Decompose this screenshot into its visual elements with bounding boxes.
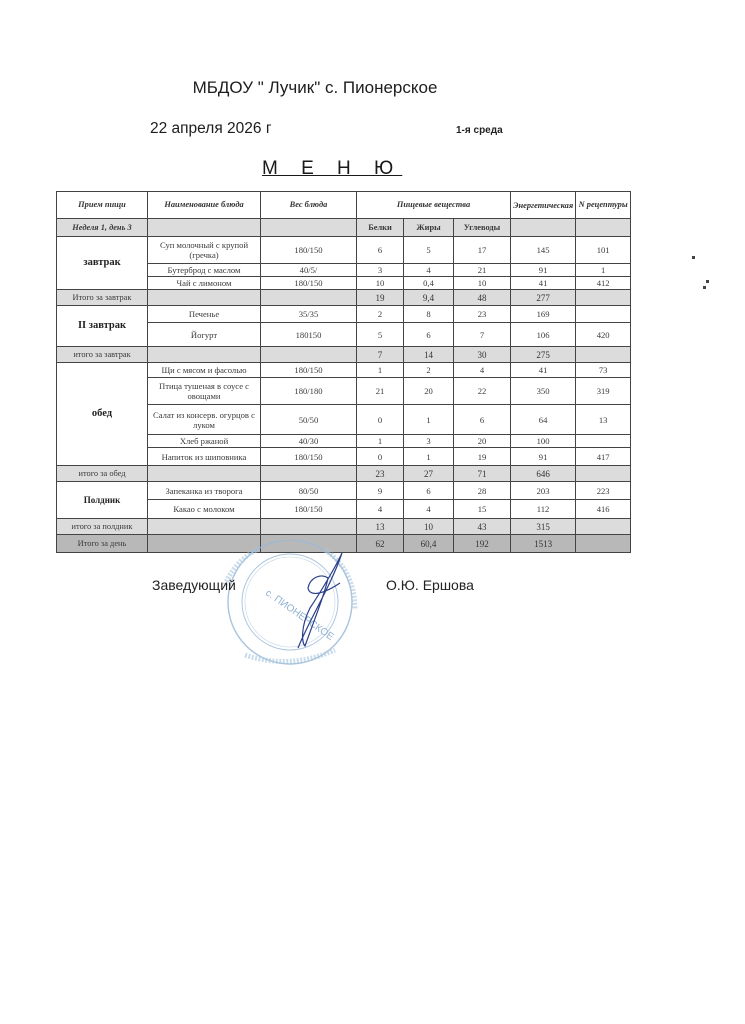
day-total-carbs: 192 [454, 535, 511, 553]
subtotal-proteins: 7 [357, 347, 404, 363]
scan-artifact [703, 286, 706, 289]
table-row: Полдник Запеканка из творога 80/50 9 6 2… [57, 482, 631, 500]
table-row: завтрак Суп молочный с крупой (гречка) 1… [57, 237, 631, 264]
dish-proteins: 3 [357, 264, 404, 277]
page-title: М Е Н Ю [262, 158, 402, 180]
organization-title: МБДОУ " Лучик" с. Пионерское [0, 78, 625, 98]
week-label: 1-я среда [456, 125, 503, 136]
subtotal-label: итого за обед [57, 466, 148, 482]
day-total-fats: 60,4 [404, 535, 454, 553]
dish-fats: 0,4 [404, 277, 454, 290]
subtotal-proteins: 13 [357, 519, 404, 535]
dish-name: Йогурт [148, 323, 261, 347]
dish-recipe: 416 [576, 500, 631, 519]
column-header-meal: Прием пищи [57, 192, 148, 219]
dish-fats: 6 [404, 323, 454, 347]
meal-label-lunch: обед [57, 363, 148, 466]
dish-recipe: 417 [576, 448, 631, 466]
dish-name: Суп молочный с крупой (гречка) [148, 237, 261, 264]
dish-weight: 180/150 [261, 237, 357, 264]
dish-weight: 180/150 [261, 363, 357, 378]
column-header-recipe: N рецептуры [576, 192, 631, 219]
column-header-fats: Жиры [404, 219, 454, 237]
dish-proteins: 1 [357, 363, 404, 378]
dish-name: Напиток из шиповника [148, 448, 261, 466]
dish-energy: 91 [511, 264, 576, 277]
dish-proteins: 4 [357, 500, 404, 519]
dish-recipe: 420 [576, 323, 631, 347]
subtotal-row: итого за обед 23 27 71 646 [57, 466, 631, 482]
dish-carbs: 23 [454, 306, 511, 323]
subtotal-energy: 275 [511, 347, 576, 363]
dish-energy: 64 [511, 405, 576, 435]
meal-label-breakfast: завтрак [57, 237, 148, 290]
subtotal-energy: 315 [511, 519, 576, 535]
dish-proteins: 9 [357, 482, 404, 500]
day-total-energy: 1513 [511, 535, 576, 553]
dish-proteins: 21 [357, 378, 404, 405]
dish-weight: 35/35 [261, 306, 357, 323]
dish-energy: 203 [511, 482, 576, 500]
dish-fats: 4 [404, 500, 454, 519]
menu-date: 22 апреля 2026 г [150, 120, 271, 138]
column-header-energy: Энергетическая [511, 192, 576, 219]
subtotal-carbs: 71 [454, 466, 511, 482]
column-header-proteins: Белки [357, 219, 404, 237]
dish-carbs: 19 [454, 448, 511, 466]
subtotal-carbs: 30 [454, 347, 511, 363]
subtotal-carbs: 48 [454, 290, 511, 306]
dish-recipe: 1 [576, 264, 631, 277]
table-header-row: Прием пищи Наименование блюда Вес блюда … [57, 192, 631, 219]
dish-weight: 50/50 [261, 405, 357, 435]
subtotal-energy: 646 [511, 466, 576, 482]
column-header-nutrients: Пищевые вещества [357, 192, 511, 219]
signature-icon [280, 548, 360, 653]
dish-name: Щи с мясом и фасолью [148, 363, 261, 378]
dish-carbs: 28 [454, 482, 511, 500]
dish-carbs: 7 [454, 323, 511, 347]
dish-carbs: 6 [454, 405, 511, 435]
dish-fats: 3 [404, 435, 454, 448]
subtotal-carbs: 43 [454, 519, 511, 535]
dish-carbs: 10 [454, 277, 511, 290]
subtotal-row: итого за завтрак 7 14 30 275 [57, 347, 631, 363]
dish-fats: 5 [404, 237, 454, 264]
table-row: II завтрак Печенье 35/35 2 8 23 169 [57, 306, 631, 323]
scan-artifact [692, 256, 695, 259]
week-day-label: Неделя 1, день 3 [57, 219, 148, 237]
subtotal-row: Итого за завтрак 19 9,4 48 277 [57, 290, 631, 306]
scan-artifact [706, 280, 709, 283]
subtotal-fats: 27 [404, 466, 454, 482]
dish-carbs: 21 [454, 264, 511, 277]
dish-fats: 6 [404, 482, 454, 500]
dish-recipe: 412 [576, 277, 631, 290]
dish-proteins: 2 [357, 306, 404, 323]
dish-fats: 4 [404, 264, 454, 277]
dish-weight: 40/5/ [261, 264, 357, 277]
meal-label-snack: Полдник [57, 482, 148, 519]
dish-weight: 180150 [261, 323, 357, 347]
dish-energy: 350 [511, 378, 576, 405]
subtotal-proteins: 19 [357, 290, 404, 306]
dish-name: Хлеб ржаной [148, 435, 261, 448]
dish-recipe: 13 [576, 405, 631, 435]
subtotal-fats: 14 [404, 347, 454, 363]
subtotal-energy: 277 [511, 290, 576, 306]
dish-fats: 20 [404, 378, 454, 405]
dish-name: Какао с молоком [148, 500, 261, 519]
dish-carbs: 20 [454, 435, 511, 448]
dish-recipe [576, 435, 631, 448]
dish-carbs: 22 [454, 378, 511, 405]
dish-recipe: 101 [576, 237, 631, 264]
subtotal-label: Итого за завтрак [57, 290, 148, 306]
dish-weight: 180/150 [261, 500, 357, 519]
subtotal-proteins: 23 [357, 466, 404, 482]
meal-label-second-breakfast: II завтрак [57, 306, 148, 347]
dish-recipe: 73 [576, 363, 631, 378]
column-header-dish: Наименование блюда [148, 192, 261, 219]
dish-energy: 169 [511, 306, 576, 323]
dish-name: Салат из консерв. огурцов с луком [148, 405, 261, 435]
dish-energy: 106 [511, 323, 576, 347]
dish-fats: 2 [404, 363, 454, 378]
dish-name: Бутерброд с маслом [148, 264, 261, 277]
dish-carbs: 15 [454, 500, 511, 519]
dish-recipe [576, 306, 631, 323]
day-total-label: Итого за день [57, 535, 148, 553]
dish-energy: 100 [511, 435, 576, 448]
dish-name: Запеканка из творога [148, 482, 261, 500]
dish-weight: 40/30 [261, 435, 357, 448]
signer-name: О.Ю. Ершова [386, 577, 474, 593]
dish-recipe: 223 [576, 482, 631, 500]
dish-fats: 1 [404, 405, 454, 435]
dish-proteins: 10 [357, 277, 404, 290]
subtotal-fats: 9,4 [404, 290, 454, 306]
dish-name: Чай с лимоном [148, 277, 261, 290]
signer-title: Заведующий [152, 577, 236, 593]
dish-energy: 145 [511, 237, 576, 264]
dish-proteins: 6 [357, 237, 404, 264]
dish-proteins: 0 [357, 448, 404, 466]
dish-weight: 180/150 [261, 448, 357, 466]
dish-fats: 8 [404, 306, 454, 323]
dish-name: Печенье [148, 306, 261, 323]
subtotal-label: итого за полдник [57, 519, 148, 535]
column-header-carbs: Углеводы [454, 219, 511, 237]
dish-name: Птица тушеная в соусе с овощами [148, 378, 261, 405]
menu-table: Прием пищи Наименование блюда Вес блюда … [56, 191, 631, 553]
dish-weight: 80/50 [261, 482, 357, 500]
dish-carbs: 17 [454, 237, 511, 264]
dish-carbs: 4 [454, 363, 511, 378]
dish-fats: 1 [404, 448, 454, 466]
dish-weight: 180/180 [261, 378, 357, 405]
dish-recipe: 319 [576, 378, 631, 405]
dish-proteins: 0 [357, 405, 404, 435]
dish-proteins: 5 [357, 323, 404, 347]
column-header-weight: Вес блюда [261, 192, 357, 219]
subtotal-fats: 10 [404, 519, 454, 535]
dish-energy: 41 [511, 277, 576, 290]
subtotal-label: итого за завтрак [57, 347, 148, 363]
table-row: обед Щи с мясом и фасолью 180/150 1 2 4 … [57, 363, 631, 378]
dish-weight: 180/150 [261, 277, 357, 290]
dish-energy: 112 [511, 500, 576, 519]
dish-energy: 41 [511, 363, 576, 378]
dish-energy: 91 [511, 448, 576, 466]
subtotal-row: итого за полдник 13 10 43 315 [57, 519, 631, 535]
dish-proteins: 1 [357, 435, 404, 448]
table-subheader-row: Неделя 1, день 3 Белки Жиры Углеводы [57, 219, 631, 237]
